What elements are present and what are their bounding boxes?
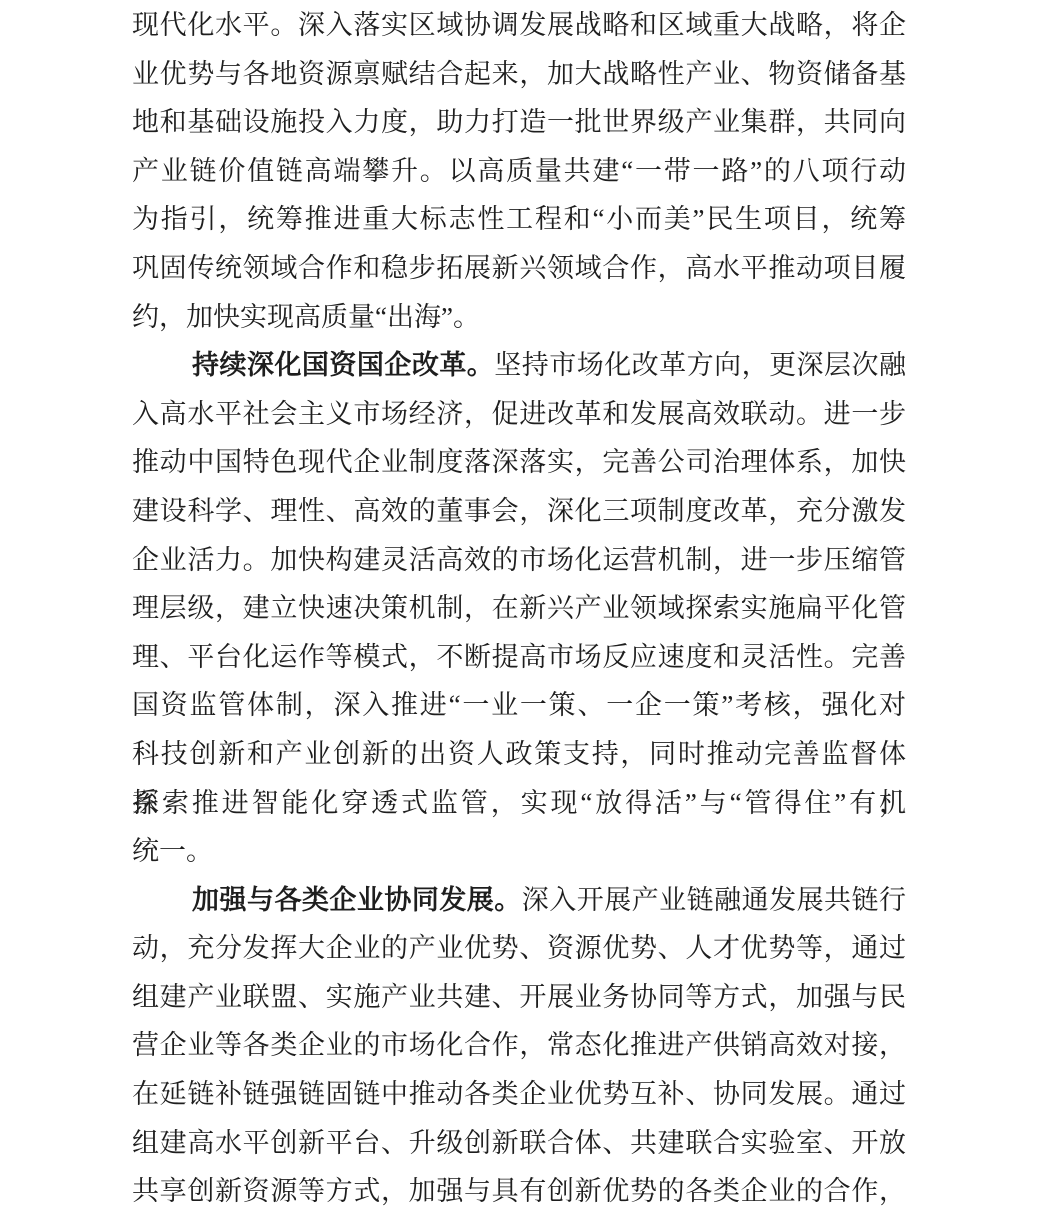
text-line: 地和基础设施投入力度，助力打造一批世界级产业集群，共同向 bbox=[132, 98, 906, 147]
text-span: 坚持市场化改革方向，更深层次融 bbox=[494, 350, 906, 380]
text-line: 在延链补链强链固链中推动各类企业优势互补、协同发展。通过 bbox=[132, 1070, 906, 1119]
text-line: 组建产业联盟、实施产业共建、开展业务协同等方式，加强与民 bbox=[132, 973, 906, 1022]
text-line: 持续深化国资国企改革。坚持市场化改革方向，更深层次融 bbox=[132, 341, 906, 390]
text-line: 建设科学、理性、高效的董事会，深化三项制度改革，充分激发 bbox=[132, 487, 906, 536]
text-span: 深入开展产业链融通发展共链行 bbox=[522, 885, 906, 915]
text-line: 现代化水平。深入落实区域协调发展战略和区域重大战略，将企 bbox=[132, 1, 906, 50]
text-line: 约，加快实现高质量“出海”。 bbox=[132, 293, 906, 342]
text-line: 企业活力。加快构建灵活高效的市场化运营机制，进一步压缩管 bbox=[132, 536, 906, 585]
text-line: 共享创新资源等方式，加强与具有创新优势的各类企业的合作， bbox=[132, 1167, 906, 1216]
paragraph: 持续深化国资国企改革。坚持市场化改革方向，更深层次融 入高水平社会主义市场经济，… bbox=[132, 341, 906, 876]
document-page: 现代化水平。深入落实区域协调发展战略和区域重大战略，将企 业优势与各地资源禀赋结… bbox=[0, 0, 1043, 1218]
text-line: 巩固传统领域合作和稳步拓展新兴领域合作，高水平推动项目履 bbox=[132, 244, 906, 293]
text-line: 组建高水平创新平台、升级创新联合体、共建联合实验室、开放 bbox=[132, 1119, 906, 1168]
text-line: 营企业等各类企业的市场化合作，常态化推进产供销高效对接， bbox=[132, 1021, 906, 1070]
paragraph-lead-bold: 加强与各类企业协同发展。 bbox=[192, 885, 522, 915]
text-line: 产业链价值链高端攀升。以高质量共建“一带一路”的八项行动 bbox=[132, 147, 906, 196]
text-line: 国资监管体制，深入推进“一业一策、一企一策”考核，强化对 bbox=[132, 681, 906, 730]
text-body: 现代化水平。深入落实区域协调发展战略和区域重大战略，将企 业优势与各地资源禀赋结… bbox=[132, 1, 906, 1216]
text-line: 入高水平社会主义市场经济，促进改革和发展高效联动。进一步 bbox=[132, 390, 906, 439]
paragraph: 现代化水平。深入落实区域协调发展战略和区域重大战略，将企 业优势与各地资源禀赋结… bbox=[132, 1, 906, 341]
text-line: 业优势与各地资源禀赋结合起来，加大战略性产业、物资储备基 bbox=[132, 50, 906, 99]
text-line: 探索推进智能化穿透式监管，实现“放得活”与“管得住”有机 bbox=[132, 779, 906, 828]
text-line: 理、平台化运作等模式，不断提高市场反应速度和灵活性。完善 bbox=[132, 633, 906, 682]
paragraph-lead-bold: 持续深化国资国企改革。 bbox=[192, 350, 494, 380]
text-line: 统一。 bbox=[132, 827, 906, 876]
text-line: 为指引，统筹推进重大标志性工程和“小而美”民生项目，统筹 bbox=[132, 195, 906, 244]
text-line: 科技创新和产业创新的出资人政策支持，同时推动完善监督体系， bbox=[132, 730, 906, 779]
text-line: 推动中国特色现代企业制度落深落实，完善公司治理体系，加快 bbox=[132, 438, 906, 487]
text-line: 理层级，建立快速决策机制，在新兴产业领域探索实施扁平化管 bbox=[132, 584, 906, 633]
text-line: 加强与各类企业协同发展。深入开展产业链融通发展共链行 bbox=[132, 876, 906, 925]
text-line: 动，充分发挥大企业的产业优势、资源优势、人才优势等，通过 bbox=[132, 924, 906, 973]
paragraph: 加强与各类企业协同发展。深入开展产业链融通发展共链行 动，充分发挥大企业的产业优… bbox=[132, 876, 906, 1216]
